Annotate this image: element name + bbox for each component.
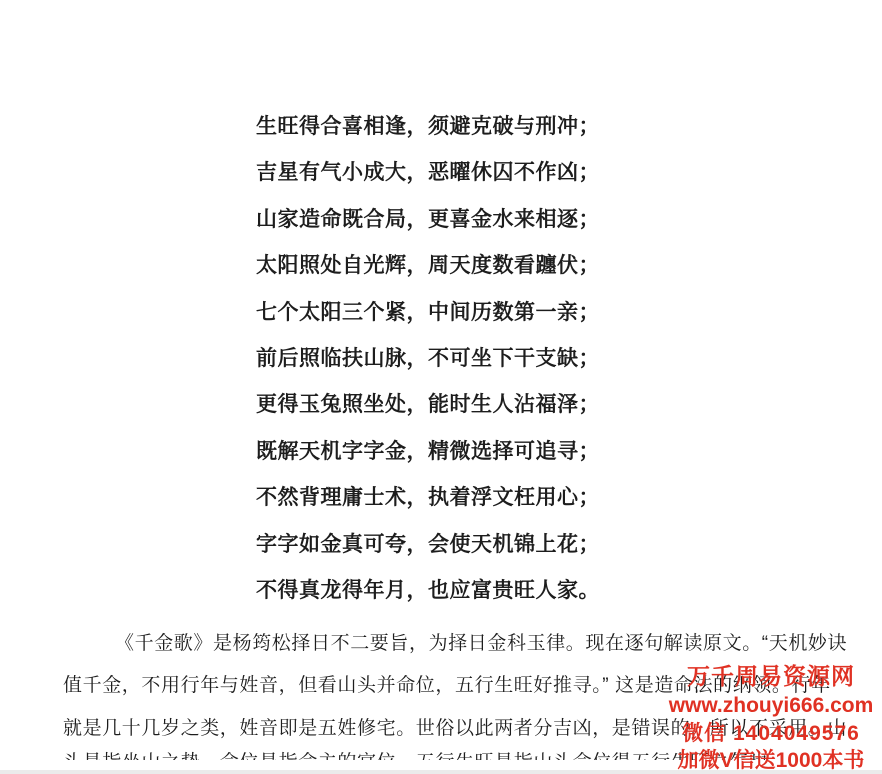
poem-line-1: 生旺得合喜相逢，须避克破与刑冲； bbox=[0, 104, 856, 150]
paragraph-line-1: 《千金歌》是杨筠松择日不二要旨，为择日金科玉律。现在逐句解读原文。“天机妙诀 bbox=[63, 623, 821, 665]
watermark-wechat-id: 微信 1404049576 bbox=[666, 720, 876, 748]
watermark-promo: 加微V信送1000本书 bbox=[666, 748, 876, 774]
watermark-site-name: 万千周易资源网 bbox=[666, 662, 876, 691]
poem-line-7: 更得玉兔照坐处，能时生人沾福泽； bbox=[0, 382, 856, 428]
poem-line-2: 吉星有气小成大，恶曜休囚不作凶； bbox=[0, 150, 856, 196]
poem-block: 生旺得合喜相逢，须避克破与刑冲； 吉星有气小成大，恶曜休囚不作凶； 山家造命既合… bbox=[0, 104, 856, 614]
poem-line-5: 七个太阳三个紧，中间历数第一亲； bbox=[0, 290, 856, 336]
poem-line-8: 既解天机字字金，精微选择可追寻； bbox=[0, 429, 856, 475]
poem-line-4: 太阳照处自光辉，周天度数看躔伏； bbox=[0, 243, 856, 289]
watermark-block: 万千周易资源网 www.zhouyi666.com 微信 1404049576 … bbox=[666, 662, 876, 774]
poem-line-9: 不然背理庸士术，执着浮文枉用心； bbox=[0, 475, 856, 521]
poem-line-6: 前后照临扶山脉，不可坐下干支缺； bbox=[0, 336, 856, 382]
poem-line-3: 山家造命既合局，更喜金水来相逐； bbox=[0, 197, 856, 243]
poem-line-10: 字字如金真可夸，会使天机锦上花； bbox=[0, 522, 856, 568]
document-page: 生旺得合喜相逢，须避克破与刑冲； 吉星有气小成大，恶曜休囚不作凶； 山家造命既合… bbox=[0, 0, 882, 774]
watermark-url: www.zhouyi666.com bbox=[666, 691, 876, 720]
poem-line-11: 不得真龙得年月，也应富贵旺人家。 bbox=[0, 568, 856, 614]
